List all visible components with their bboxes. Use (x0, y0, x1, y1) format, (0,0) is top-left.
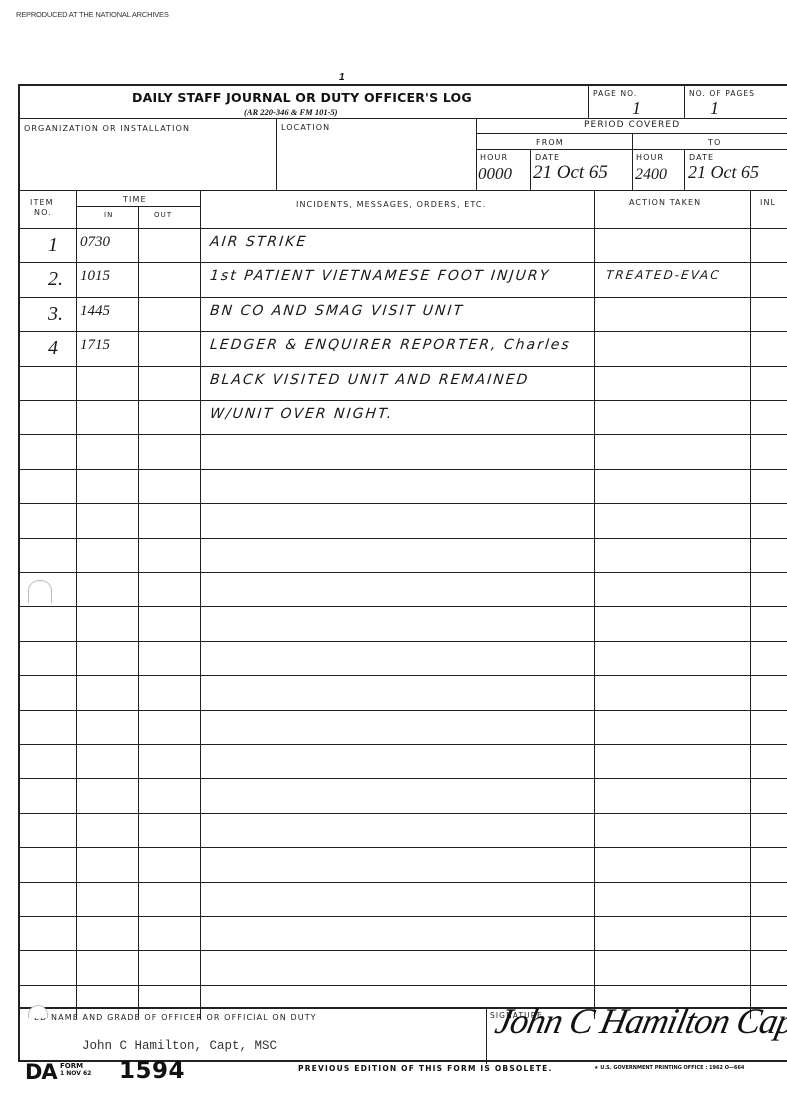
table-row (20, 538, 787, 572)
action-taken-cell[interactable]: TREATED-EVAC (605, 268, 721, 282)
archive-note: REPRODUCED AT THE NATIONAL ARCHIVES (16, 10, 169, 19)
incident-cell[interactable]: BLACK VISITED UNIT AND REMAINED (209, 372, 530, 388)
item-no-cell[interactable]: 4 (48, 337, 58, 360)
table-row (20, 572, 787, 606)
table-row: W/UNIT OVER NIGHT. (20, 400, 787, 434)
officer-name-label: ED NAME AND GRADE OF OFFICER OR OFFICIAL… (34, 1013, 317, 1022)
time-in-cell[interactable]: 1715 (80, 337, 110, 354)
table-row: 3.1445BN CO AND SMAG VISIT UNIT (20, 297, 787, 331)
incident-cell[interactable]: BN CO AND SMAG VISIT UNIT (209, 303, 465, 319)
table-row (20, 503, 787, 537)
from-date-value[interactable]: 21 Oct 65 (533, 162, 608, 184)
punch-hole-mark (28, 580, 52, 603)
to-label: TO (708, 138, 721, 147)
table-row (20, 950, 787, 984)
table-row: 41715LEDGER & ENQUIRER REPORTER, Charles (20, 331, 787, 365)
incident-cell[interactable]: AIR STRIKE (209, 234, 308, 250)
form-word: FORM (60, 1063, 91, 1070)
table-row (20, 434, 787, 468)
form-number: 1594 (119, 1058, 185, 1084)
top-mark: 1 (339, 72, 345, 83)
form-subtitle: (AR 220-346 & FM 101-5) (244, 107, 338, 117)
item-no-cell[interactable]: 3. (48, 303, 63, 326)
organization-label: ORGANIZATION OR INSTALLATION (24, 124, 190, 133)
table-row (20, 606, 787, 640)
table-row (20, 675, 787, 709)
gpo-note: ★ U.S. GOVERNMENT PRINTING OFFICE : 1962… (594, 1065, 744, 1071)
period-covered-label: PERIOD COVERED (584, 120, 680, 130)
table-row (20, 916, 787, 950)
table-row: 2.10151st PATIENT VIETNAMESE FOOT INJURY… (20, 262, 787, 296)
form-date: 1 NOV 62 (60, 1070, 91, 1077)
location-label: LOCATION (281, 123, 330, 132)
from-date-label: DATE (535, 153, 560, 162)
incident-cell[interactable]: W/UNIT OVER NIGHT. (209, 406, 394, 422)
item-no-cell[interactable]: 1 (48, 234, 58, 257)
table-row: 10730AIR STRIKE (20, 228, 787, 262)
incident-cell[interactable]: 1st PATIENT VIETNAMESE FOOT INJURY (209, 268, 551, 284)
from-hour-label: HOUR (480, 153, 508, 162)
table-row (20, 882, 787, 916)
no-of-pages-value[interactable]: 1 (710, 98, 719, 119)
from-label: FROM (536, 138, 564, 147)
location-field[interactable] (281, 138, 471, 188)
organization-field[interactable] (24, 138, 274, 188)
time-in-cell[interactable]: 1445 (80, 303, 110, 320)
table-row (20, 469, 787, 503)
table-row (20, 778, 787, 812)
duty-officer-log-form: DAILY STAFF JOURNAL OR DUTY OFFICER'S LO… (18, 84, 787, 1062)
previous-edition-note: PREVIOUS EDITION OF THIS FORM IS OBSOLET… (298, 1064, 553, 1073)
form-word-date: FORM 1 NOV 62 (60, 1063, 91, 1077)
table-row (20, 847, 787, 881)
item-no-cell[interactable]: 2. (48, 268, 63, 291)
to-date-label: DATE (689, 153, 714, 162)
page-no-value[interactable]: 1 (632, 98, 641, 119)
table-row (20, 710, 787, 744)
no-of-pages-label: NO. OF PAGES (689, 89, 755, 98)
to-hour-value[interactable]: 2400 (635, 166, 667, 184)
table-row (20, 641, 787, 675)
to-hour-label: HOUR (636, 153, 664, 162)
log-table: 10730AIR STRIKE2.10151st PATIENT VIETNAM… (20, 190, 787, 1007)
page-no-label: PAGE NO. (593, 89, 637, 98)
signature[interactable]: John C Hamilton Capt. (492, 1000, 787, 1042)
time-in-cell[interactable]: 0730 (80, 234, 110, 251)
table-row (20, 813, 787, 847)
form-title: DAILY STAFF JOURNAL OR DUTY OFFICER'S LO… (132, 90, 472, 105)
form-prefix: DA (25, 1060, 57, 1084)
officer-name-value[interactable]: John C Hamilton, Capt, MSC (82, 1039, 277, 1053)
incident-cell[interactable]: LEDGER & ENQUIRER REPORTER, Charles (209, 337, 571, 353)
table-row: BLACK VISITED UNIT AND REMAINED (20, 366, 787, 400)
table-row (20, 744, 787, 778)
time-in-cell[interactable]: 1015 (80, 268, 110, 285)
to-date-value[interactable]: 21 Oct 65 (688, 162, 759, 183)
from-hour-value[interactable]: 0000 (478, 164, 512, 184)
punch-hole-mark (28, 1005, 48, 1018)
